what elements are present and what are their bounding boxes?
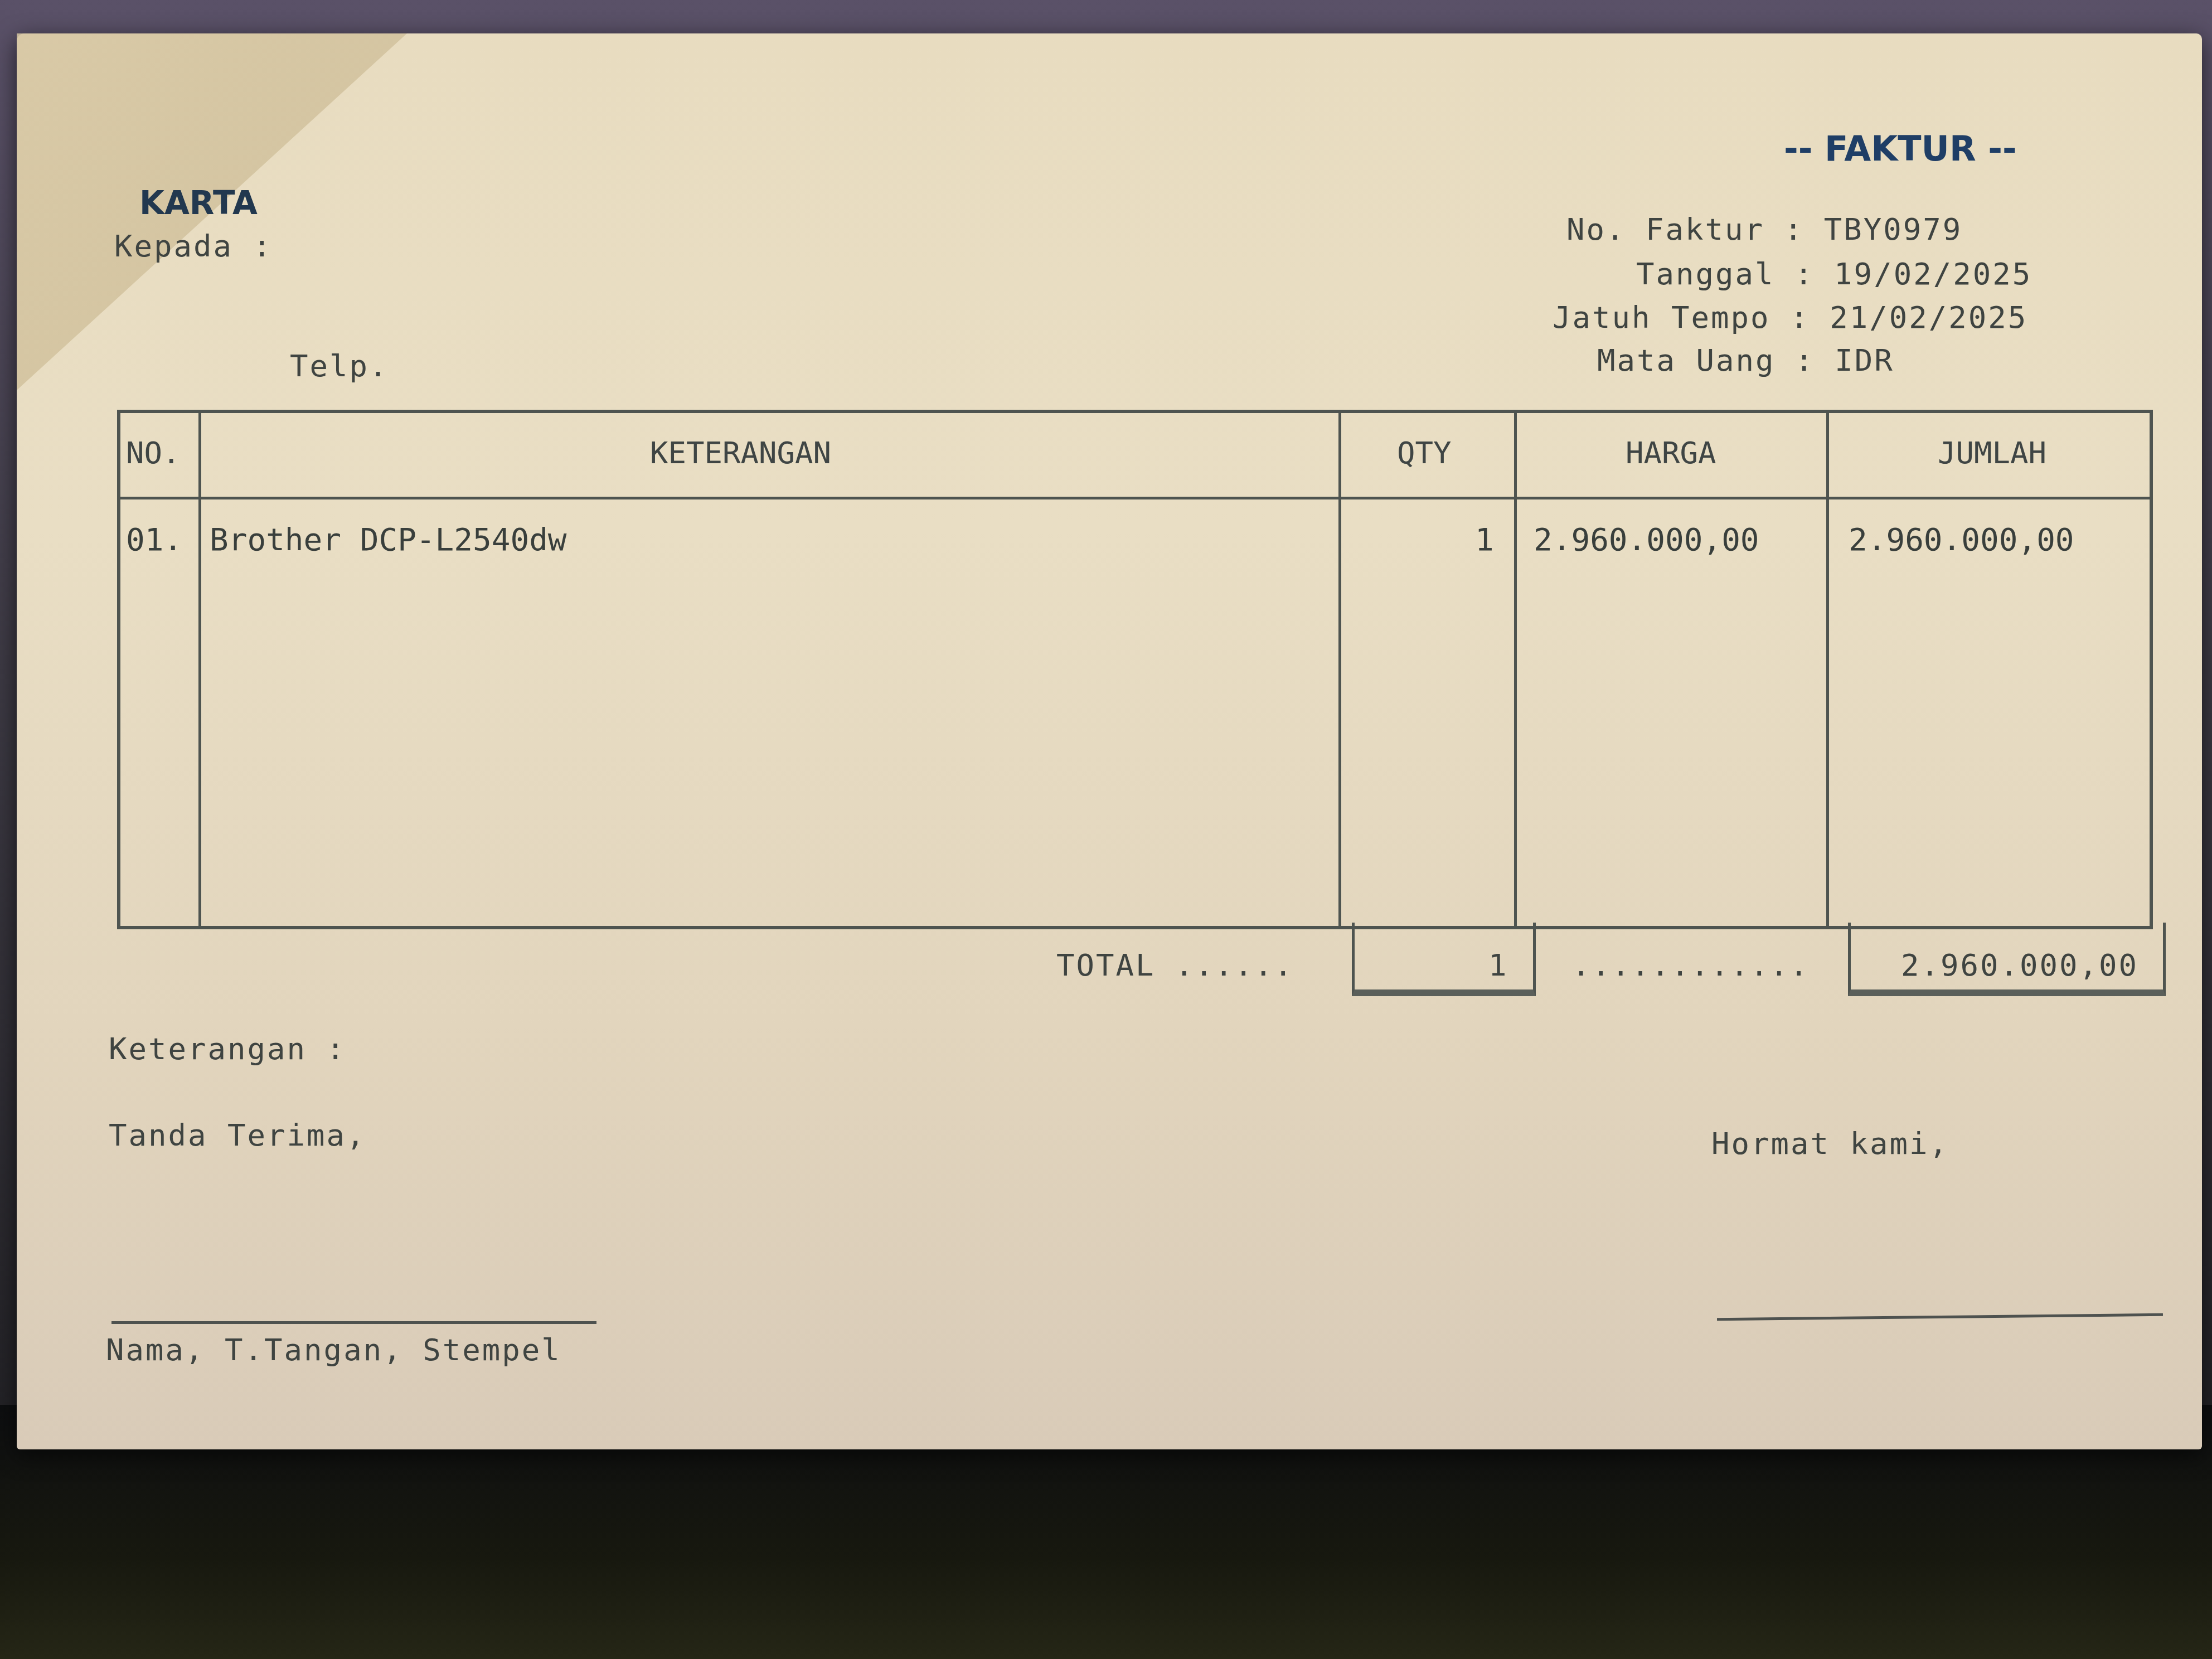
col-divider [1338,413,1341,926]
row-keterangan: Brother DCP-L2540dw [210,522,567,558]
header-harga: HARGA [1626,435,1716,470]
total-dots: ............ [1572,948,1810,983]
header-divider [120,497,2150,499]
row-qty: 1 [1475,522,1494,558]
invoice-date: Tanggal : 19/02/2025 [1636,256,2032,292]
receiver-label: Tanda Terima, [109,1118,366,1153]
sender-label: Hormat kami, [1711,1126,1949,1161]
col-divider [1826,413,1829,926]
due-date: Jatuh Tempo : 21/02/2025 [1553,300,2027,335]
document-title: -- FAKTUR -- [1784,128,2017,169]
recipient-label: Kepada : [114,229,273,264]
header-qty: QTY [1397,435,1452,470]
header-no: NO. [126,435,181,470]
col-divider [1514,413,1517,926]
company-name: KARTA [139,184,258,222]
invoice-number: No. Faktur : TBY0979 [1566,212,1962,247]
total-amount: 2.960.000,00 [1901,948,2138,983]
header-jumlah: JUMLAH [1938,435,2046,470]
sender-signature-line [1717,1313,2163,1321]
total-label: TOTAL ...... [1056,948,1294,983]
col-divider [198,413,201,926]
total-qty: 1 [1488,948,1508,983]
receiver-signature-line [111,1321,596,1324]
receiver-caption: Nama, T.Tangan, Stempel [106,1332,561,1367]
row-jumlah: 2.960.000,00 [1849,522,2074,558]
items-table: NO. KETERANGAN QTY HARGA JUMLAH 01. Brot… [117,410,2153,929]
row-harga: 2.960.000,00 [1534,522,1759,558]
currency: Mata Uang : IDR [1597,343,1894,378]
header-keterangan: KETERANGAN [650,435,831,470]
notes-label: Keterangan : [109,1031,346,1066]
row-no: 01. [126,522,182,558]
invoice-paper: -- FAKTUR -- KARTA Kepada : Telp. No. Fa… [17,33,2202,1449]
phone-label: Telp. [290,348,389,384]
